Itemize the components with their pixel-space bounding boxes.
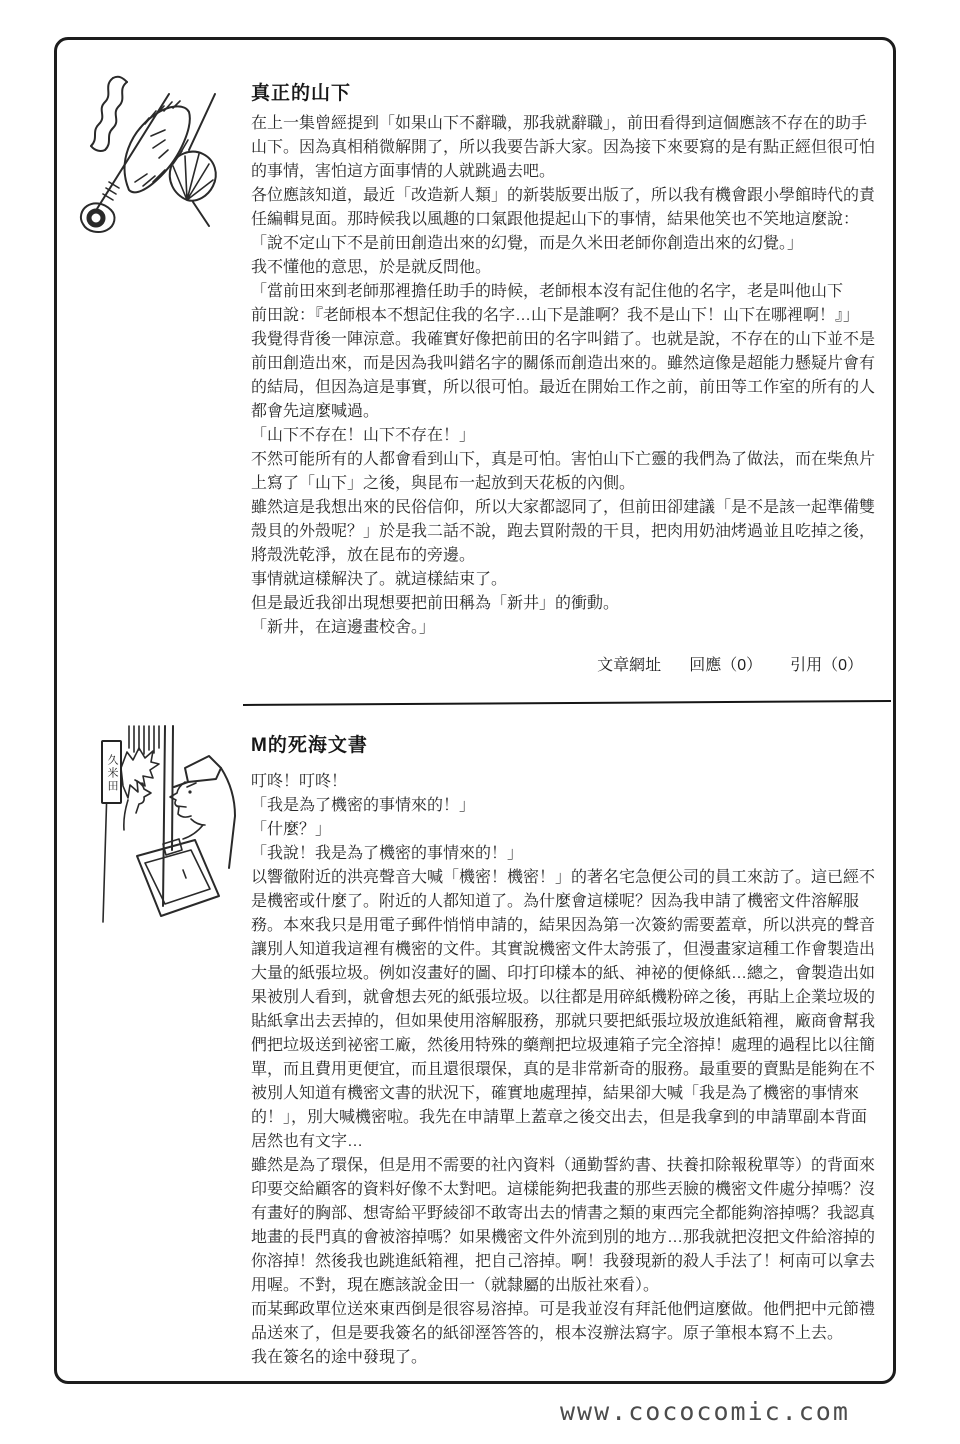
paragraph: 我不懂他的意思，於是就反問他。 [251, 256, 877, 280]
paragraph: 叮咚！叮咚！ [251, 770, 877, 794]
paragraph: 但是最近我卻出現想要把前田稱為「新井」的衝動。 [251, 592, 877, 616]
paragraph: 「我是為了機密的事情來的！」 [251, 794, 877, 818]
doorplate-nameplate: 久米田 [101, 740, 122, 804]
paragraph: 我在簽名的途中發現了。 [251, 1346, 877, 1370]
paragraph: 在上一集曾經提到「如果山下不辭職，那我就辭職」，前田看得到這個應該不存在的助手山… [251, 112, 877, 184]
paragraph: 「我說！我是為了機密的事情來的！」 [251, 842, 877, 866]
paragraph: 「說不定山下不是前田創造出來的幻覺，而是久米田老師你創造出來的幻覺。」 [251, 232, 877, 256]
paragraph: 各位應該知道，最近「改造新人類」的新裝版要出版了，所以我有機會跟小學館時代的責任… [251, 184, 877, 232]
paragraph: 以響徹附近的洪亮聲音大喊「機密！機密！」的著名宅急便公司的員工來訪了。這已經不是… [251, 866, 877, 1154]
entry-footer: 文章網址 回應（0） 引用（0） [251, 652, 863, 675]
watermark-url: www.cococomic.com [560, 1397, 850, 1426]
entry-title: M的死海文書 [251, 730, 368, 757]
entry-title: 真正的山下 [251, 78, 351, 105]
paragraph: 「當前田來到老師那裡擔任助手的時候，老師根本沒有記住他的名字，老是叫他山下 [251, 280, 877, 304]
paragraph: 不然可能所有的人都會看到山下，真是可怕。害怕山下亡靈的我們為了做法，而在柴魚片上… [251, 448, 877, 496]
comments-count-label: 回應（0） [689, 652, 762, 675]
page-border-box: 真正的山下 在上一集曾經提到「如果山下不辭職，那我就辭職」，前田看得到這個應該不… [54, 37, 896, 1384]
entry-body: 叮咚！叮咚！ 「我是為了機密的事情來的！」 「什麼？」 「我說！我是為了機密的事… [251, 770, 877, 1378]
entry-body: 在上一集曾經提到「如果山下不辭職，那我就辭職」，前田看得到這個應該不存在的助手山… [251, 112, 877, 642]
paragraph: 「什麼？」 [251, 818, 877, 842]
paragraph: 雖然這是我想出來的民俗信仰，所以大家都認同了，但前田卻建議「是不是該一起準備雙殼… [251, 496, 877, 568]
paragraph: 雖然是為了環保，但是用不需要的社內資料（通勤誓約書、扶養扣除報稅單等）的背面來印… [251, 1154, 877, 1298]
paragraph: 前田說：『老師根本不想記住我的名字…山下是誰啊？我不是山下！山下在哪裡啊！』」 [251, 304, 877, 328]
paragraph: 我覺得背後一陣涼意。我確實好像把前田的名字叫錯了。也就是說，不存在的山下並不是前… [251, 328, 877, 424]
permalink-label: 文章網址 [597, 652, 661, 675]
paragraph: 「山下不存在！山下不存在！」 [251, 424, 877, 448]
trackback-count-label: 引用（0） [790, 652, 863, 675]
katsuobushi-kombu-scallop-illustration [73, 70, 223, 240]
paragraph: 事情就這樣解決了。就這樣結束了。 [251, 568, 877, 592]
paragraph: 而某郵政單位送來東西倒是很容易溶掉。可是我並沒有拜託他們這麼做。他們把中元節禮品… [251, 1298, 877, 1346]
paragraph: 「新井，在這邊畫校舍。」 [251, 616, 877, 640]
section-divider [243, 700, 891, 706]
